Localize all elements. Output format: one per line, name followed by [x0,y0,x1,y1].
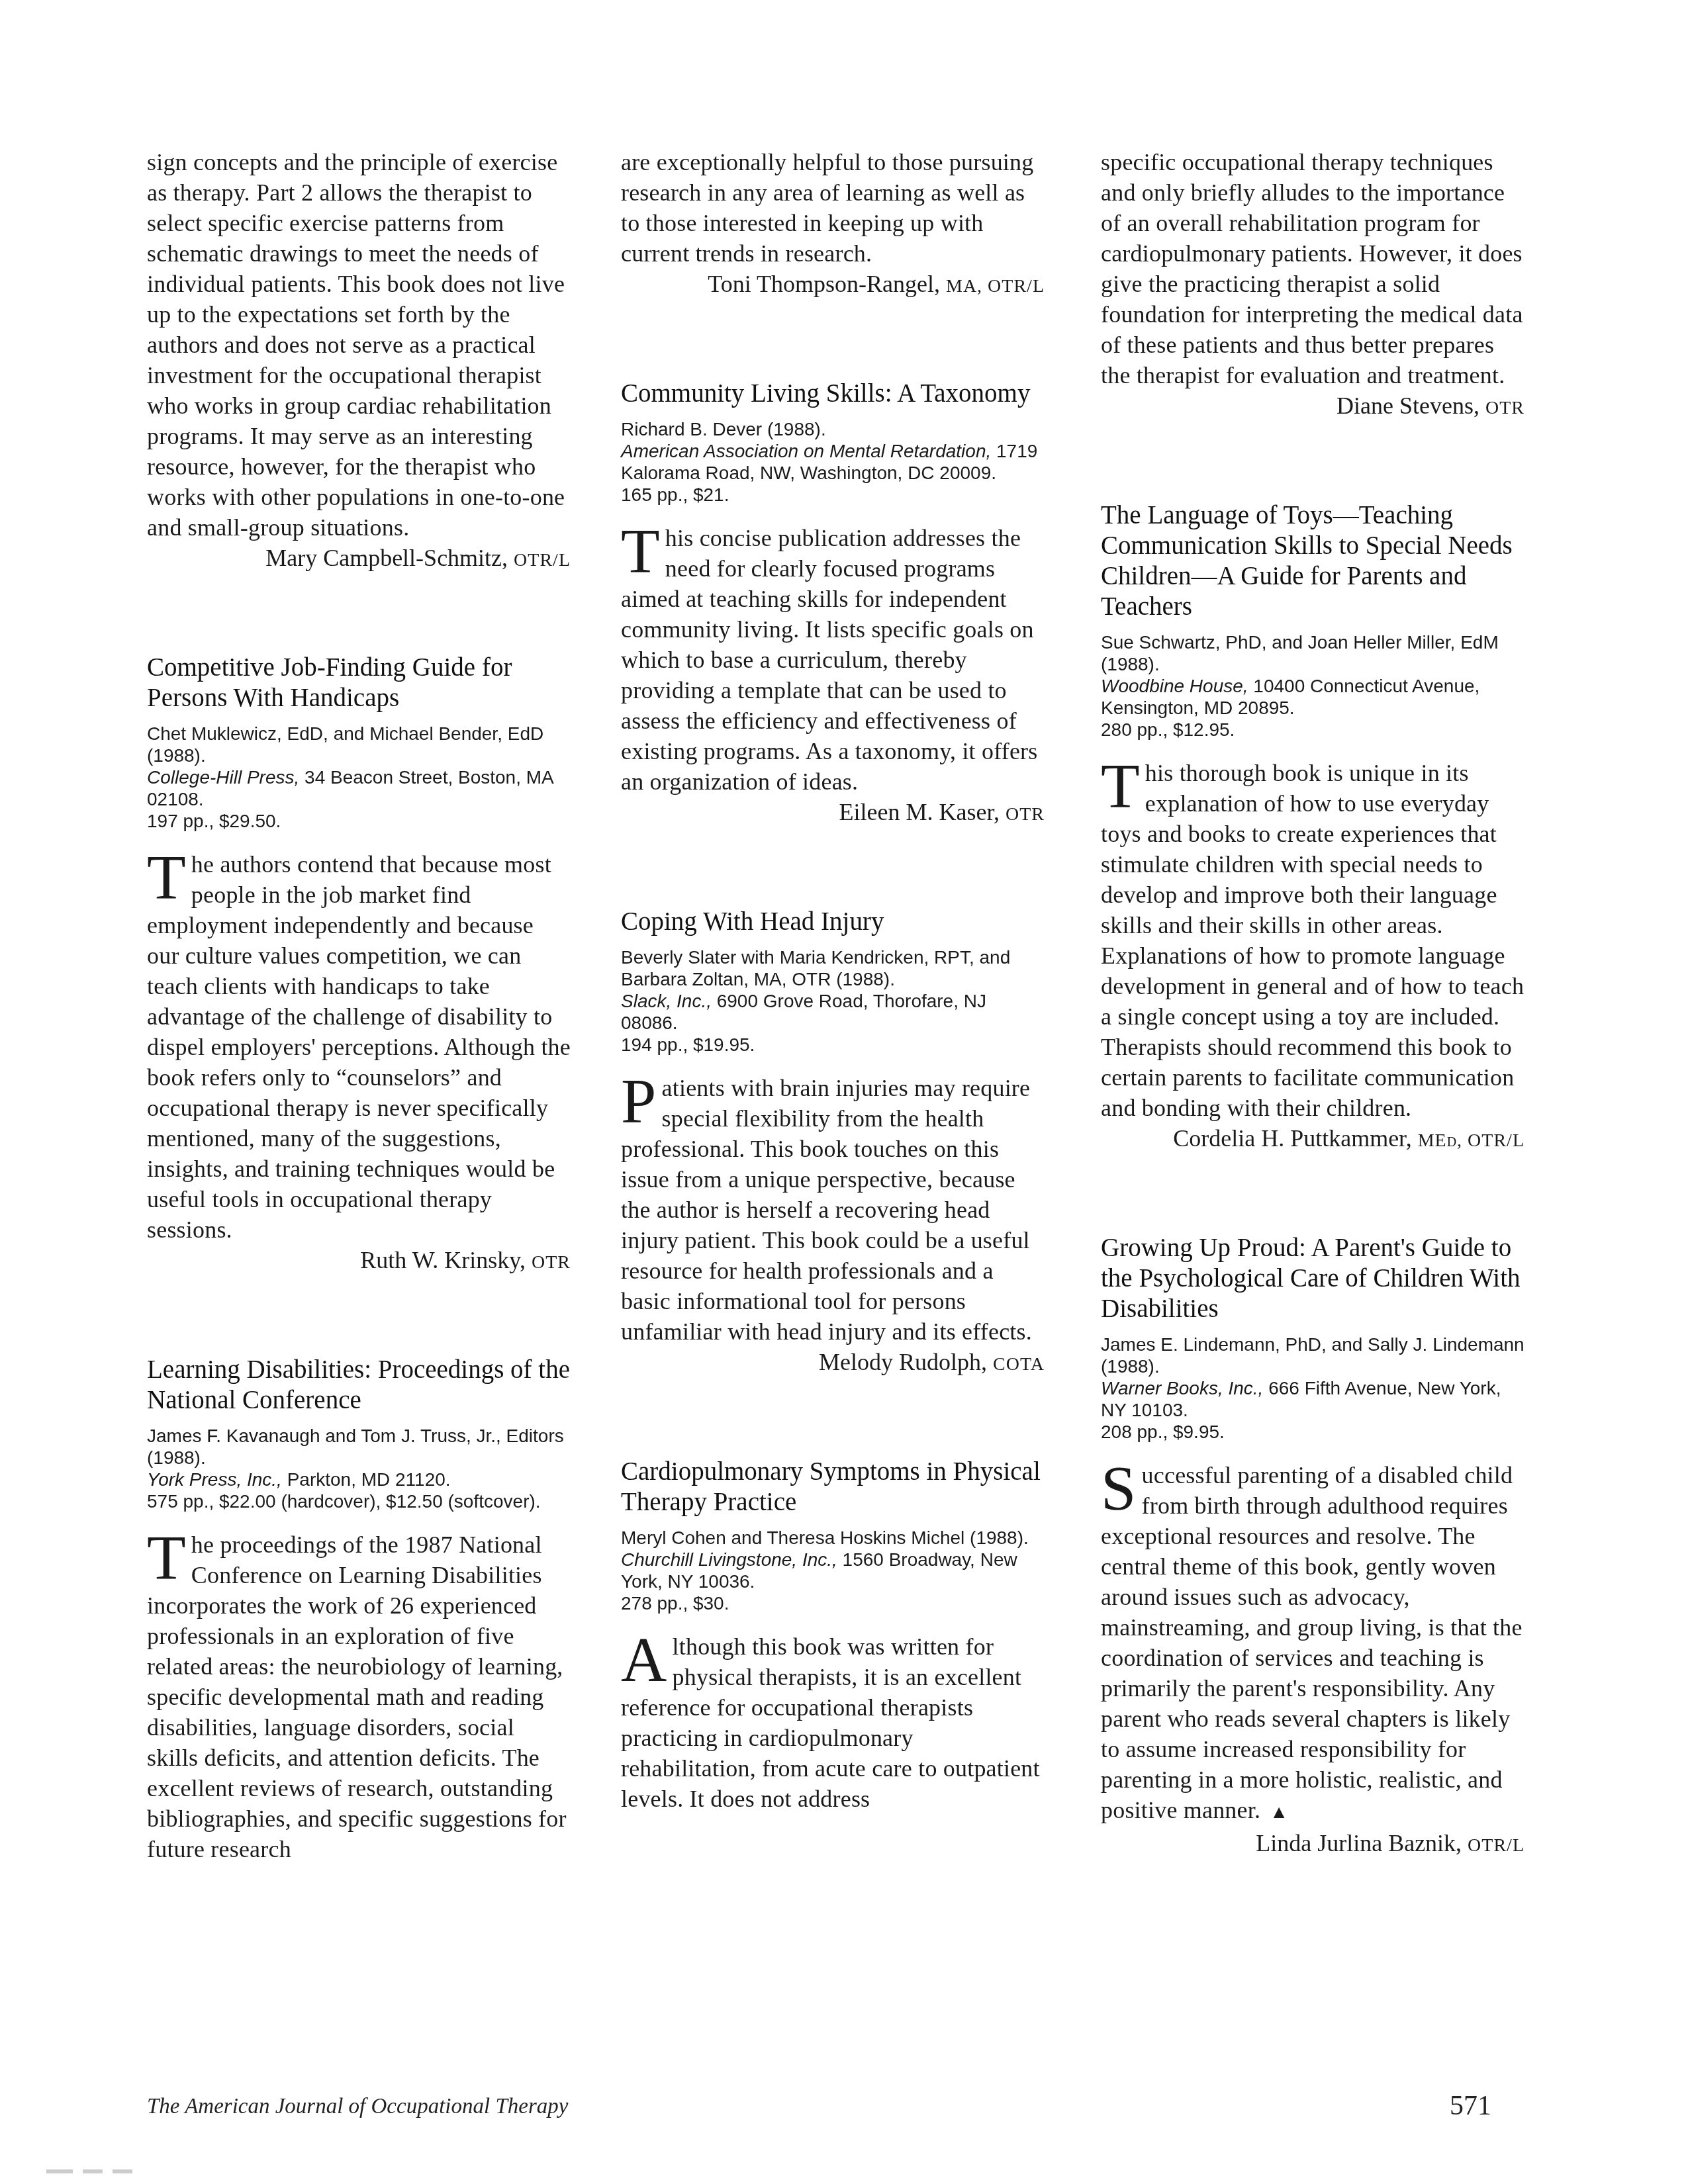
review-entry: Cardiopulmonary Symptoms in Physical The… [621,1457,1045,1814]
book-authors: Beverly Slater with Maria Kendricken, RP… [621,946,1045,990]
book-title: Coping With Head Injury [621,907,1045,937]
publisher-name: American Association on Mental Retardati… [621,441,991,461]
bibliographic-info: James F. Kavanaugh and Tom J. Truss, Jr.… [147,1425,571,1512]
bibliographic-info: Meryl Cohen and Theresa Hoskins Michel (… [621,1527,1045,1614]
review-body: sign concepts and the principle of exerc… [147,147,571,543]
review-body: are exceptionally helpful to those pursu… [621,147,1045,269]
publisher-line: Churchill Livingstone, Inc., 1560 Broadw… [621,1549,1045,1592]
bibliographic-info: James E. Lindemann, PhD, and Sally J. Li… [1101,1334,1524,1443]
review-body: The proceedings of the 1987 National Con… [147,1529,571,1864]
review-entry: Community Living Skills: A Taxonomy Rich… [621,379,1045,830]
drop-cap: T [1101,760,1140,812]
reviewer-signature: Toni Thompson-Rangel, MA, OTR/L [621,269,1045,302]
review-continuation: are exceptionally helpful to those pursu… [621,147,1045,302]
end-of-article-triangle-icon: ▲ [1270,1802,1288,1823]
book-title: Cardiopulmonary Symptoms in Physical The… [621,1457,1045,1518]
book-title: Growing Up Proud: A Parent's Guide to th… [1101,1233,1524,1324]
scan-artifact [113,2169,132,2173]
publisher-name: College-Hill Press, [147,767,299,788]
publisher-name: Churchill Livingstone, Inc., [621,1549,837,1570]
review-body: specific occupational therapy techniques… [1101,147,1524,390]
review-body: Successful parenting of a disabled child… [1101,1460,1524,1828]
drop-cap: S [1101,1463,1137,1514]
review-body: Patients with brain injuries may require… [621,1073,1045,1347]
review-text: atients with brain injuries may require … [621,1075,1032,1345]
pages-price: 280 pp., $12.95. [1101,719,1524,741]
publisher-name: Warner Books, Inc., [1101,1378,1263,1398]
publisher-line: Woodbine House, 10400 Connecticut Avenue… [1101,675,1524,719]
reviewer-credentials: MEd, OTR/L [1418,1130,1524,1151]
reviewer-credentials: OTR/L [514,550,571,570]
bibliographic-info: Richard B. Dever (1988). American Associ… [621,418,1045,506]
reviewer-signature: Ruth W. Krinsky, OTR [147,1245,571,1278]
review-text: he authors contend that because most peo… [147,851,571,1243]
publisher-name: Woodbine House, [1101,676,1248,696]
drop-cap: A [621,1634,667,1686]
review-entry: Competitive Job-Finding Guide for Person… [147,653,571,1278]
review-text: his concise publication addresses the ne… [621,525,1038,795]
bibliographic-info: Sue Schwartz, PhD, and Joan Heller Mille… [1101,631,1524,741]
scan-artifact [83,2169,103,2173]
reviewer-signature: Melody Rudolph, COTA [621,1347,1045,1380]
review-entry: Learning Disabilities: Proceedings of th… [147,1355,571,1864]
reviewer-name: Cordelia H. Puttkammer, [1173,1125,1412,1152]
drop-cap: T [147,1532,186,1584]
reviewer-credentials: OTR/L [1468,1835,1524,1856]
publisher-line: Slack, Inc., 6900 Grove Road, Thorofare,… [621,990,1045,1034]
pages-price: 165 pp., $21. [621,484,1045,506]
reviewer-signature: Linda Jurlina Baznik, OTR/L [1101,1828,1524,1861]
review-text: his thorough book is unique in its expla… [1101,760,1524,1121]
book-authors: James E. Lindemann, PhD, and Sally J. Li… [1101,1334,1524,1377]
book-authors: Richard B. Dever (1988). [621,418,1045,440]
book-title: The Language of Toys—Teaching Communicat… [1101,500,1524,622]
publisher-line: Warner Books, Inc., 666 Fifth Avenue, Ne… [1101,1377,1524,1421]
book-title: Learning Disabilities: Proceedings of th… [147,1355,571,1416]
reviewer-credentials: OTR [1485,398,1524,418]
bibliographic-info: Beverly Slater with Maria Kendricken, RP… [621,946,1045,1056]
review-text: lthough this book was written for physic… [621,1633,1040,1812]
drop-cap: T [147,852,186,903]
drop-cap: P [621,1075,657,1127]
reviewer-name: Eileen M. Kaser, [839,799,1000,825]
reviewer-credentials: OTR [1006,804,1045,825]
review-body: This thorough book is unique in its expl… [1101,758,1524,1123]
reviewer-name: Ruth W. Krinsky, [360,1247,526,1273]
reviewer-credentials: MA, OTR/L [946,276,1045,296]
book-authors: James F. Kavanaugh and Tom J. Truss, Jr.… [147,1425,571,1469]
reviewer-signature: Eileen M. Kaser, OTR [621,797,1045,830]
book-authors: Chet Muklewicz, EdD, and Michael Bender,… [147,723,571,766]
review-entry: Coping With Head Injury Beverly Slater w… [621,907,1045,1380]
reviewer-credentials: OTR [532,1252,571,1273]
reviewer-name: Mary Campbell-Schmitz, [265,545,508,571]
review-body: This concise publication addresses the n… [621,523,1045,797]
reviewer-credentials: COTA [993,1354,1045,1375]
publisher-address: Parkton, MD 21120. [282,1469,451,1490]
publisher-line: American Association on Mental Retardati… [621,440,1045,484]
page-number: 571 [1450,2090,1491,2122]
publisher-line: York Press, Inc., Parkton, MD 21120. [147,1469,571,1490]
book-title: Competitive Job-Finding Guide for Person… [147,653,571,713]
review-body: Although this book was written for physi… [621,1631,1045,1814]
scan-artifact [46,2169,73,2173]
book-title: Community Living Skills: A Taxonomy [621,379,1045,409]
drop-cap: T [621,525,660,577]
review-text: he proceedings of the 1987 National Conf… [147,1531,567,1862]
reviewer-name: Linda Jurlina Baznik, [1256,1830,1462,1856]
column-2: are exceptionally helpful to those pursu… [621,147,1045,1814]
review-body: The authors contend that because most pe… [147,849,571,1245]
book-authors: Meryl Cohen and Theresa Hoskins Michel (… [621,1527,1045,1549]
publisher-name: Slack, Inc., [621,991,712,1011]
pages-price: 194 pp., $19.95. [621,1034,1045,1056]
book-authors: Sue Schwartz, PhD, and Joan Heller Mille… [1101,631,1524,675]
reviewer-signature: Mary Campbell-Schmitz, OTR/L [147,543,571,576]
reviewer-name: Toni Thompson-Rangel, [708,271,940,297]
pages-price: 197 pp., $29.50. [147,810,571,832]
reviewer-name: Melody Rudolph, [819,1349,987,1375]
reviewer-name: Diane Stevens, [1336,392,1479,419]
reviewer-signature: Cordelia H. Puttkammer, MEd, OTR/L [1101,1123,1524,1156]
review-continuation: sign concepts and the principle of exerc… [147,147,571,576]
review-entry: The Language of Toys—Teaching Communicat… [1101,500,1524,1156]
pages-price: 575 pp., $22.00 (hardcover), $12.50 (sof… [147,1490,571,1512]
column-3: specific occupational therapy techniques… [1101,147,1524,1861]
review-entry: Growing Up Proud: A Parent's Guide to th… [1101,1233,1524,1861]
publisher-line: College-Hill Press, 34 Beacon Street, Bo… [147,766,571,810]
journal-name-footer: The American Journal of Occupational The… [147,2095,568,2119]
pages-price: 278 pp., $30. [621,1592,1045,1614]
review-text: uccessful parenting of a disabled child … [1101,1462,1523,1823]
publisher-name: York Press, Inc., [147,1469,282,1490]
review-continuation: specific occupational therapy techniques… [1101,147,1524,424]
bibliographic-info: Chet Muklewicz, EdD, and Michael Bender,… [147,723,571,832]
column-1: sign concepts and the principle of exerc… [147,147,571,1864]
pages-price: 208 pp., $9.95. [1101,1421,1524,1443]
reviewer-signature: Diane Stevens, OTR [1101,390,1524,424]
